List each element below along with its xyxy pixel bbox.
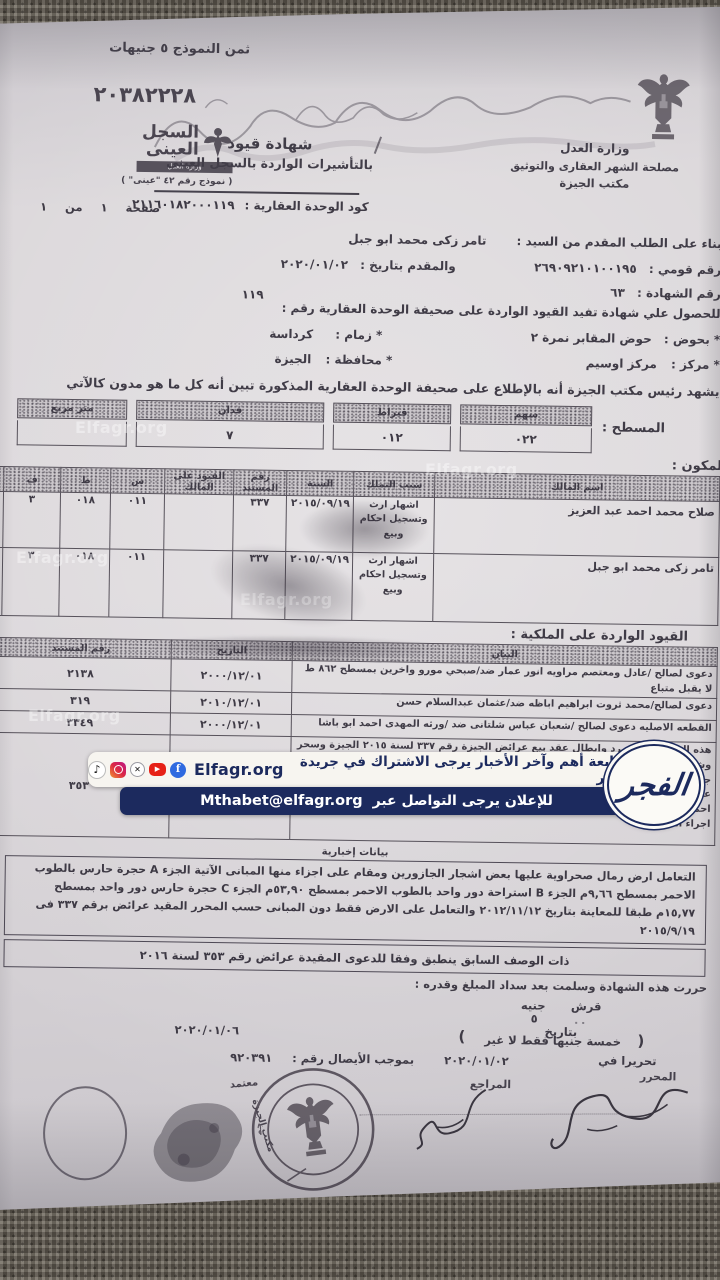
attestation-line: يشهد رئيس مكتب الجيزة أنه بالإطلاع على ص… xyxy=(1,374,720,402)
certificate-number-value: ٦٣ xyxy=(610,285,625,299)
area-header: متر مربع xyxy=(17,398,127,420)
area-col-sahm: سهم ٠٢٢ xyxy=(460,404,593,453)
area-col-qirat: قيراط ٠١٢ xyxy=(333,403,452,452)
editor-signature xyxy=(547,1073,698,1167)
x-icon xyxy=(130,762,145,777)
area-header: قيراط xyxy=(333,403,451,425)
t-share: ٠١٨ xyxy=(60,492,111,549)
zimam-value: كرداسة xyxy=(269,327,313,342)
applicant-name: تامر زكى محمد ابو جبل xyxy=(348,232,486,248)
certificate-date: ٢٠٢٠/٠١/٠٦ xyxy=(174,1023,239,1038)
doc-number: ٣٣٧ xyxy=(233,495,287,552)
f-share: ٣ xyxy=(2,548,60,617)
elfagr-logo: الفجر xyxy=(607,744,701,826)
amount-in-words: خمسة جنيها فقط لا غير xyxy=(484,1033,621,1049)
center-line: * مركز : مركز اوسيم * محافظة : الجيزة xyxy=(2,348,720,376)
col-doc-number: رقم المستند xyxy=(234,470,287,496)
document-content: ثمن النموذج ٥ جنيهات ٢٠٣٨٢٢٢٨ السجل xyxy=(0,0,720,1245)
social-icons xyxy=(88,761,186,779)
page-total: ١ xyxy=(40,200,47,214)
col-s: س xyxy=(111,468,165,494)
photo-of-registry-certificate: { "watermark": { "text": "Elfagr.org" },… xyxy=(0,0,720,1280)
official-round-stamp: جمهورية مصر العربية ـ وزارة العدل ـ الشه… xyxy=(235,1051,391,1207)
year: ٢٠١٥/٠٩/١٩ xyxy=(285,551,353,620)
ministry-line2: مصلحة الشهر العقارى والتوثيق xyxy=(475,156,715,176)
banner-bottom-bar: للإعلان يرجى التواصل عبر Mthabet@elfagr.… xyxy=(120,787,633,815)
doc-number: ٣٣٧ xyxy=(232,551,286,620)
basin-label: * بحوض : xyxy=(664,332,720,347)
form-price: ثمن النموذج ٥ جنيهات xyxy=(109,40,250,57)
document-header: ثمن النموذج ٥ جنيهات ٢٠٣٨٢٢٢٨ السجل xyxy=(4,23,720,223)
tiktok-icon xyxy=(88,761,106,779)
national-id-label: رقم قومي : xyxy=(649,262,720,277)
empty-stamp-circle xyxy=(42,1086,127,1181)
area-col-feddan: فدان ٧ xyxy=(136,400,325,450)
youtube-icon xyxy=(149,763,166,776)
certificate-number-label: رقم الشهادة : xyxy=(637,286,720,301)
banner-follow-text: لمتابعة أهم وآخر الأخبار يرجى الاشتراك ف… xyxy=(292,754,634,786)
zimam-label: * زمام : xyxy=(335,328,382,343)
basin-line: * بحوض : حوض المقابر نمرة ٢ * زمام : كرد… xyxy=(2,323,720,351)
submitted-label: والمقدم بتاريخ : xyxy=(360,258,456,273)
title-line2: بالتأشيرات الواردة بالسجل العينى xyxy=(165,154,375,172)
f-share: ٣ xyxy=(3,492,61,549)
area-value xyxy=(17,420,127,447)
national-id-value: ٢٦٩٠٩٢١٠١٠٠١٩٥ xyxy=(534,260,637,275)
paren-close: ) xyxy=(458,1028,465,1046)
reviewer-signature xyxy=(403,1079,496,1158)
col-f: ف xyxy=(4,467,61,493)
lien-date: ٢٠١٠/١٢/٠١ xyxy=(170,691,291,715)
area-header: سهم xyxy=(460,404,592,426)
certificate-title: شهادة قيود بالتأشيرات الواردة بالسجل الع… xyxy=(165,133,375,172)
gov-label: * محافظة : xyxy=(325,353,392,368)
unit-code-label: كود الوحدة العقارية : xyxy=(244,198,368,214)
year: ٢٠١٥/٠٩/١٩ xyxy=(286,495,354,552)
ministry-line3: مكتب الجيزة xyxy=(474,173,714,194)
serial-number: ٢٠٣٨٢٢٢٨ xyxy=(93,82,196,107)
col-doc-number: رقم المستند xyxy=(0,637,171,659)
basin-value: حوض المقابر نمرة ٢ xyxy=(531,330,652,346)
area-value: ٠١٢ xyxy=(333,425,451,452)
lien-date: ٢٠٠٠/١٢/٠١ xyxy=(170,713,291,737)
area-header: فدان xyxy=(136,400,324,423)
ownership-reason: اشهار ارث وتسجيل احكام وبيع xyxy=(353,496,435,553)
elfagr-logo-text: الفجر xyxy=(617,768,690,803)
col-ownership-reason: سبب التملك xyxy=(353,471,434,497)
col-notes: ملاحظات xyxy=(0,466,4,492)
stamps-zone: معتمد مكتب الجيزة جمهورية مصر العربية ـ … xyxy=(0,1059,712,1219)
qirsh-label: قرش xyxy=(571,999,602,1013)
col-owner-liens: القيود على المالك xyxy=(165,469,234,495)
owner-name: صلاح محمد احمد عبد العزيز xyxy=(434,498,720,558)
center-label: * مركز : xyxy=(671,357,720,372)
page-number: ١ xyxy=(100,200,107,214)
unit-code-value: ٢١١٦٠١٨٢٠٠٠١١٩ xyxy=(132,197,235,212)
banner-email: Mthabet@elfagr.org xyxy=(200,793,362,809)
banner-ad-text: للإعلان يرجى التواصل عبر xyxy=(373,793,553,809)
ownership-reason: اشهار ارث وتسجيل احكام وبيع xyxy=(352,552,434,621)
geneh-value: ٥ xyxy=(531,1012,538,1026)
notes-box2: ذات الوصف السابق ينطبق وفقا للدعوى المقي… xyxy=(3,939,705,977)
lien-date: ٢٠٠٠/١٢/٠١ xyxy=(171,659,292,693)
notes-box1: التعامل ارض رمال صحراوية عليها بعض اشجار… xyxy=(4,855,707,944)
area-value: ٠٢٢ xyxy=(460,426,592,453)
unit-number: ١١٩ xyxy=(242,287,264,301)
lien-doc-number: ٢١٣٨ xyxy=(0,656,171,691)
t-share: ٠١٨ xyxy=(59,548,110,617)
written-label: تحريرا في xyxy=(598,1054,657,1069)
lien-doc-number: ٣٣٤٩ xyxy=(0,711,170,736)
page-of: من xyxy=(65,200,83,214)
col-t: ط xyxy=(61,467,111,493)
applicant-label: بناء على الطلب المقدم من السيد : xyxy=(516,234,720,251)
col-date: التاريخ xyxy=(171,640,292,661)
area-table: سهم ٠٢٢ قيراط ٠١٢ فدان ٧ متر مربع xyxy=(17,398,593,453)
form-note: ( نموذج رقم ٤٢ "عينى" ) xyxy=(72,175,232,187)
instagram-icon xyxy=(110,762,126,778)
s-share: ٠١١ xyxy=(110,493,165,550)
area-col-sqm: متر مربع xyxy=(17,398,128,447)
paren-open: ( xyxy=(637,1032,644,1050)
lien-doc-number: ٣١٩ xyxy=(0,689,171,714)
unit-code-line: كود الوحدة العقارية : ٢١١٦٠١٨٢٠٠٠١١٩ xyxy=(132,197,369,214)
component-table: اسم المالك سبب التملك السنة رقم المستند … xyxy=(0,465,720,626)
banner-brand: Elfagr.org xyxy=(194,760,284,779)
egypt-eagle-emblem xyxy=(633,68,694,145)
area-value: ٧ xyxy=(136,422,324,450)
component-row: تامر زكى محمد ابو جبل اشهار ارث وتسجيل ا… xyxy=(0,547,719,626)
owner-liens xyxy=(163,550,233,619)
title-line1: شهادة قيود xyxy=(165,133,375,154)
smudged-stamp xyxy=(138,1089,251,1199)
owner-liens xyxy=(164,494,234,551)
submitted-date: ٢٠٢٠/٠١/٠٢ xyxy=(281,257,349,272)
applicant-line: بناء على الطلب المقدم من السيد : تامر زك… xyxy=(3,227,720,257)
facebook-icon xyxy=(170,762,186,778)
center-value: مركز اوسيم xyxy=(586,356,657,371)
banner-top-bar: لمتابعة أهم وآخر الأخبار يرجى الاشتراك ف… xyxy=(88,752,634,787)
ministry-block: وزارة العدل مصلحة الشهر العقارى والتوثيق… xyxy=(474,138,715,195)
col-year: السنة xyxy=(287,470,354,496)
area-label: المسطح : xyxy=(602,420,665,436)
paper-sheet: ثمن النموذج ٥ جنيهات ٢٠٣٨٢٢٢٨ السجل xyxy=(0,0,720,1280)
owner-name: تامر زكى محمد ابو جبل xyxy=(433,554,719,626)
gov-value: الجيزة xyxy=(275,352,312,367)
issued-statement: حررت هذه الشهادة وسلمت بعد سداد المبلغ و… xyxy=(415,977,708,995)
area-section: المسطح : سهم ٠٢٢ قيراط ٠١٢ فدان ٧ متر مر… xyxy=(1,398,666,454)
s-share: ٠١١ xyxy=(109,549,164,618)
component-row: صلاح محمد احمد عبد العزيز اشهار ارث وتسج… xyxy=(0,491,719,558)
title-underline xyxy=(154,190,359,195)
